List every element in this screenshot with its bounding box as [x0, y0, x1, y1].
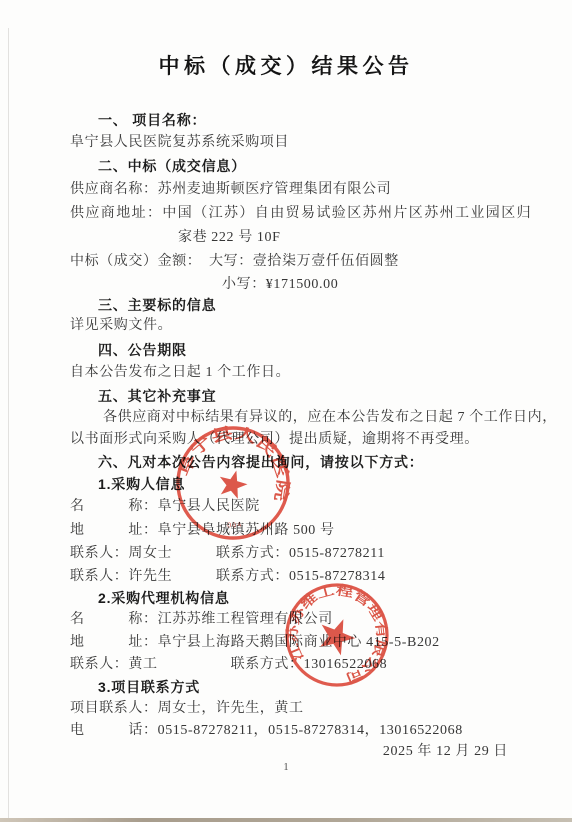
section-6-heading: 六、凡对本次公告内容提出询问，请按以下方式：: [98, 452, 424, 472]
section-1-heading: 一、 项目名称：: [98, 110, 206, 130]
page-title: 中标（成交）结果公告: [0, 50, 572, 80]
section-5-heading: 五、其它补充事宜: [98, 386, 216, 406]
agency-info-heading: 2.采购代理机构信息: [98, 588, 230, 608]
section-3-body: 详见采购文件。: [70, 316, 172, 336]
purchaser-contact-2: 联系人：许先生 联系方式：0515-87278314: [70, 567, 385, 587]
purchaser-info-heading: 1.采购人信息: [98, 474, 185, 494]
project-contacts: 项目联系人：周女士，许先生，黄工: [70, 699, 304, 719]
announcement-date: 2025 年 12 月 29 日: [0, 742, 508, 762]
agency-name: 名 称：江苏苏维工程管理有限公司: [70, 610, 333, 630]
section-5-body-line2: 以书面形式向采购人（代理公司）提出质疑，逾期将不再受理。: [70, 430, 479, 450]
section-5-body-line1: 各供应商对中标结果有异议的，应在本公告发布之日起 7 个工作日内，: [103, 408, 557, 428]
section-4-body: 自本公告发布之日起 1 个工作日。: [70, 363, 290, 383]
agency-address: 地 址：阜宁县上海路天鹅国际商业中心 415-5-B202: [70, 633, 440, 653]
project-contact-heading: 3.项目联系方式: [98, 677, 200, 697]
purchaser-name: 名 称：阜宁县人民医院: [70, 497, 260, 517]
scan-edge-bottom: [0, 818, 572, 822]
supplier-name-line: 供应商名称：苏州麦迪斯顿医疗管理集团有限公司: [70, 180, 391, 200]
purchaser-contact-1: 联系人：周女士 联系方式：0515-87278211: [70, 544, 385, 564]
section-3-heading: 三、主要标的信息: [98, 295, 216, 315]
section-2-heading: 二、中标（成交信息）: [98, 156, 246, 176]
project-name: 阜宁县人民医院复苏系统采购项目: [70, 133, 289, 153]
scan-edge-left: [8, 28, 9, 822]
project-phones: 电 话：0515-87278211，0515-87278314，13016522…: [70, 721, 463, 741]
supplier-address-line2: 家巷 222 号 10F: [178, 228, 281, 248]
award-amount-capitals: 中标（成交）金额： 大写：壹拾柒万壹仟伍佰圆整: [70, 252, 399, 272]
purchaser-address: 地 址：阜宁县阜城镇苏州路 500 号: [70, 521, 335, 541]
award-amount-numeric: 小写：¥171500.00: [222, 275, 338, 295]
agency-contact: 联系人：黄工 联系方式：13016522068: [70, 655, 387, 675]
page-number: 1: [0, 762, 572, 773]
document-page: 中标（成交）结果公告 一、 项目名称： 阜宁县人民医院复苏系统采购项目 二、中标…: [0, 0, 572, 822]
section-4-heading: 四、公告期限: [98, 340, 187, 360]
supplier-address-line1: 供应商地址：中国（江苏）自由贸易试验区苏州片区苏州工业园区归: [70, 204, 532, 224]
